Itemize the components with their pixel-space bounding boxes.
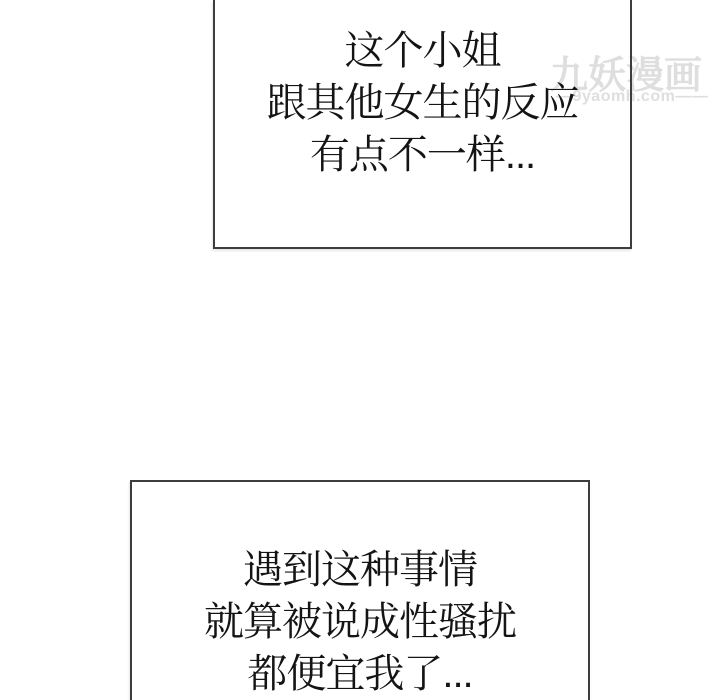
bubble-text-line: 有点不一样... xyxy=(215,129,630,181)
bubble-text-line: 这个小姐 xyxy=(215,25,630,77)
speech-bubble-top-text: 这个小姐 跟其他女生的反应 有点不一样... xyxy=(215,25,630,181)
speech-bubble-bottom-text: 遇到这种事情 就算被说成性骚扰 都便宜我了... xyxy=(132,544,588,700)
comic-page: 这个小姐 跟其他女生的反应 有点不一样... 遇到这种事情 就算被说成性骚扰 都… xyxy=(0,0,720,700)
bubble-text-line: 遇到这种事情 xyxy=(132,544,588,596)
bubble-text-line: 跟其他女生的反应 xyxy=(215,77,630,129)
speech-bubble-bottom: 遇到这种事情 就算被说成性骚扰 都便宜我了... xyxy=(130,480,590,700)
speech-bubble-top: 这个小姐 跟其他女生的反应 有点不一样... xyxy=(213,0,632,249)
bubble-text-line: 都便宜我了... xyxy=(132,648,588,700)
bubble-text-line: 就算被说成性骚扰 xyxy=(132,596,588,648)
